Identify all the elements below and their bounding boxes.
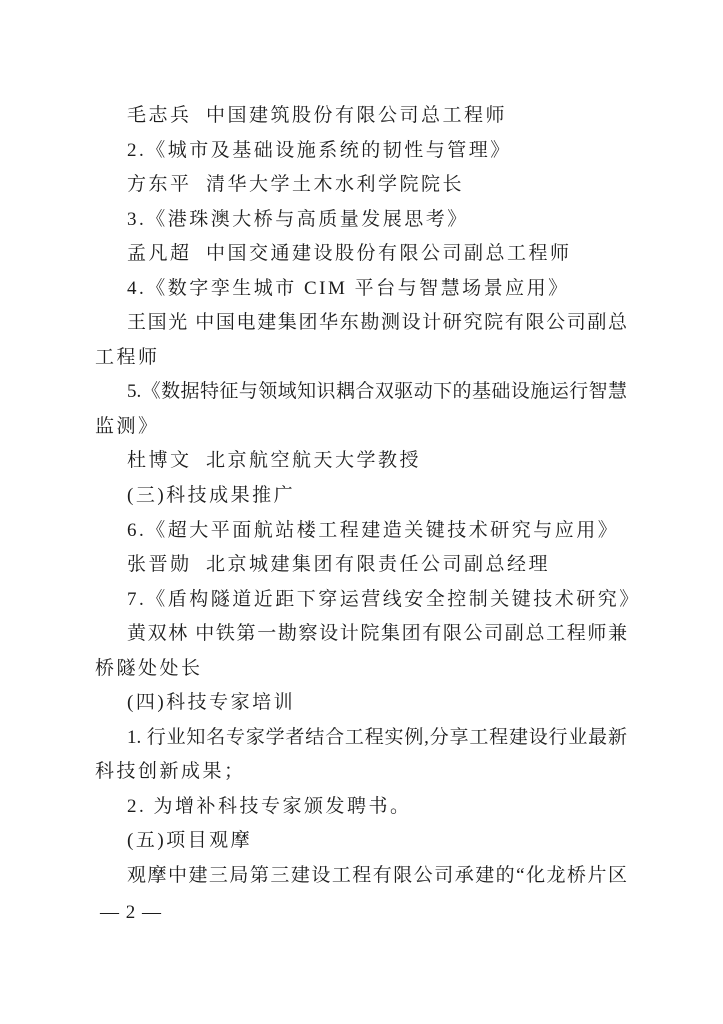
continuation-line: 科技创新成果；	[95, 755, 627, 790]
continuation-line: 工程师	[95, 341, 627, 376]
continuation-line: 监测》	[95, 410, 627, 445]
section-heading: (三)科技成果推广	[95, 479, 627, 514]
continuation-line: 桥隧处处长	[95, 652, 627, 687]
speaker-line: 方东平 清华大学土木水利学院院长	[95, 168, 627, 203]
speaker-line: 毛志兵 中国建筑股份有限公司总工程师	[95, 99, 627, 134]
speaker-line: 张晋勋 北京城建集团有限责任公司副总经理	[95, 548, 627, 583]
speaker-line: 孟凡超 中国交通建设股份有限公司副总工程师	[95, 237, 627, 272]
section-heading: (五)项目观摩	[95, 824, 627, 859]
list-item-line: 1. 行业知名专家学者结合工程实例,分享工程建设行业最新	[95, 721, 627, 756]
speaker-line: 黄双林 中铁第一勘察设计院集团有限公司副总工程师兼	[95, 617, 627, 652]
page-number: — 2 —	[100, 896, 162, 931]
speaker-line: 杜博文 北京航空航天大学教授	[95, 444, 627, 479]
list-item-line: 2. 为增补科技专家颁发聘书。	[95, 790, 627, 825]
report-title-line: 2.《城市及基础设施系统的韧性与管理》	[95, 134, 627, 169]
report-title-line: 4.《数字孪生城市 CIM 平台与智慧场景应用》	[95, 272, 627, 307]
report-title-line: 6.《超大平面航站楼工程建造关键技术研究与应用》	[95, 514, 627, 549]
document-text-block: 毛志兵 中国建筑股份有限公司总工程师 2.《城市及基础设施系统的韧性与管理》 方…	[95, 99, 627, 894]
speaker-line: 王国光 中国电建集团华东勘测设计研究院有限公司副总	[95, 306, 627, 341]
section-heading: (四)科技专家培训	[95, 686, 627, 721]
body-line: 观摩中建三局第三建设工程有限公司承建的“化龙桥片区	[95, 859, 627, 894]
report-title-line: 3.《港珠澳大桥与高质量发展思考》	[95, 203, 627, 238]
report-title-line: 7.《盾构隧道近距下穿运营线安全控制关键技术研究》	[95, 583, 627, 618]
report-title-line: 5.《数据特征与领域知识耦合双驱动下的基础设施运行智慧	[95, 375, 627, 410]
document-page: 毛志兵 中国建筑股份有限公司总工程师 2.《城市及基础设施系统的韧性与管理》 方…	[0, 0, 723, 1024]
